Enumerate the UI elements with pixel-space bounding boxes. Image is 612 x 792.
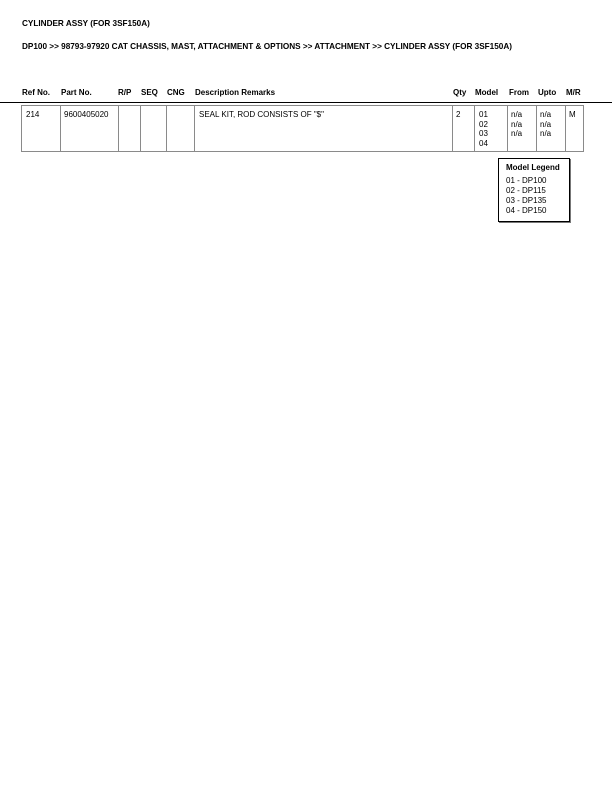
legend-title: Model Legend (506, 163, 569, 172)
from-value: n/a (511, 120, 522, 130)
column-divider (166, 105, 167, 152)
from-value: n/a (511, 129, 522, 139)
cell-mr: M (569, 110, 576, 120)
legend-item: 01 - DP100 (506, 176, 569, 186)
header-qty: Qty (453, 88, 466, 97)
column-divider (565, 105, 566, 152)
header-model: Model (475, 88, 498, 97)
cell-models: 01 02 03 04 (479, 110, 488, 148)
model-code: 02 (479, 120, 488, 130)
page-title: CYLINDER ASSY (FOR 3SF150A) (22, 19, 150, 28)
legend-item: 03 - DP135 (506, 196, 569, 206)
model-legend: Model Legend 01 - DP100 02 - DP115 03 - … (498, 158, 570, 222)
column-divider (118, 105, 119, 152)
column-divider (140, 105, 141, 152)
column-divider (60, 105, 61, 152)
upto-value: n/a (540, 110, 551, 120)
column-divider (194, 105, 195, 152)
legend-item: 04 - DP150 (506, 206, 569, 216)
header-divider (0, 102, 612, 103)
model-code: 04 (479, 139, 488, 149)
cell-part-no[interactable]: 9600405020 (64, 110, 109, 120)
upto-value: n/a (540, 120, 551, 130)
from-value: n/a (511, 110, 522, 120)
header-ref-no: Ref No. (22, 88, 50, 97)
header-seq: SEQ (141, 88, 158, 97)
cell-qty: 2 (456, 110, 460, 120)
column-divider (507, 105, 508, 152)
column-divider (536, 105, 537, 152)
column-divider (452, 105, 453, 152)
header-upto: Upto (538, 88, 556, 97)
model-code: 01 (479, 110, 488, 120)
legend-item: 02 - DP115 (506, 186, 569, 196)
header-mr: M/R (566, 88, 581, 97)
header-description: Description Remarks (195, 88, 275, 97)
column-divider (474, 105, 475, 152)
model-code: 03 (479, 129, 488, 139)
header-rp: R/P (118, 88, 131, 97)
header-from: From (509, 88, 529, 97)
header-part-no: Part No. (61, 88, 92, 97)
cell-description: SEAL KIT, ROD CONSISTS OF "$" (199, 110, 324, 120)
breadcrumb: DP100 >> 98793-97920 CAT CHASSIS, MAST, … (22, 42, 512, 51)
cell-upto: n/a n/a n/a (540, 110, 551, 139)
cell-ref-no: 214 (26, 110, 39, 120)
header-cng: CNG (167, 88, 185, 97)
upto-value: n/a (540, 129, 551, 139)
cell-from: n/a n/a n/a (511, 110, 522, 139)
